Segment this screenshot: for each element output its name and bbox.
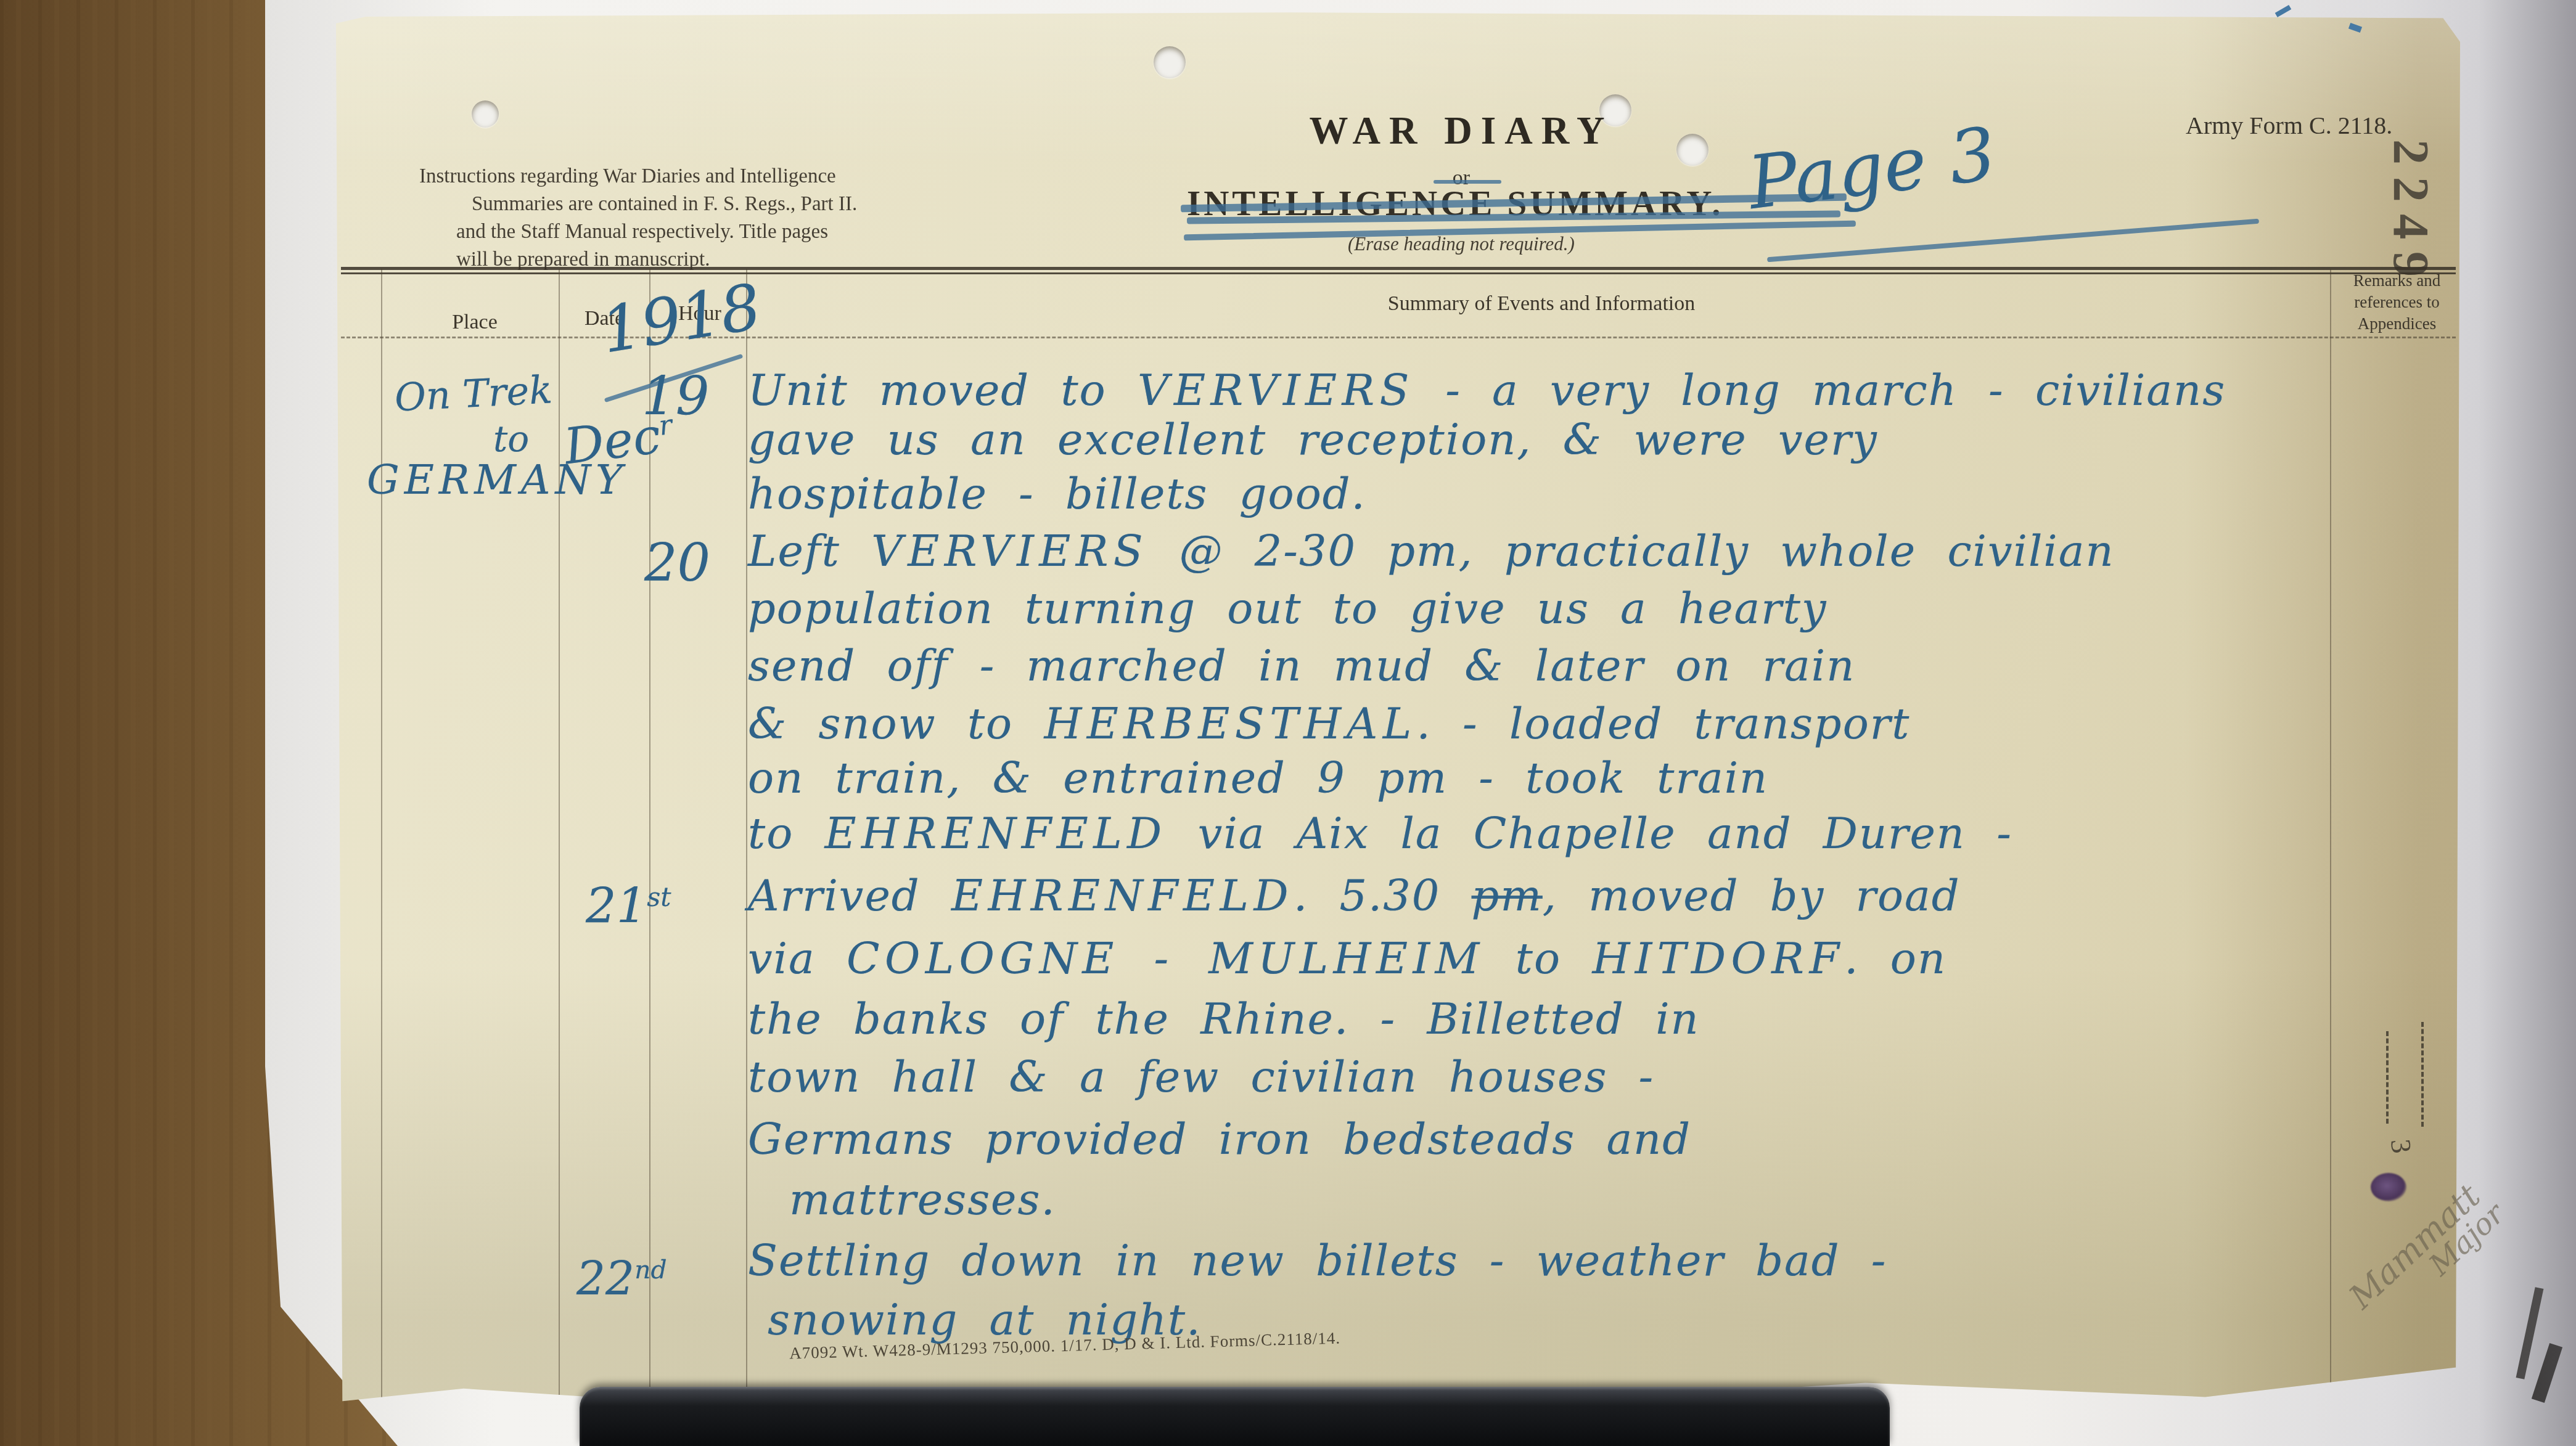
scanned-war-diary-photo: Instructions regarding War Diaries and I… xyxy=(0,0,2576,1446)
text: Arrived xyxy=(748,870,951,921)
column-divider xyxy=(559,269,560,1398)
place-name: HITDORF xyxy=(1592,933,1844,984)
text: . - loaded transport xyxy=(1417,698,1911,749)
text: via xyxy=(748,933,847,984)
diary-line: hospitable - billets good. xyxy=(748,468,1366,519)
instructions-line: Instructions regarding War Diaries and I… xyxy=(419,163,857,190)
instructions-line: Summaries are contained in F. S. Regs., … xyxy=(472,190,857,218)
place-entry-line: On Trek xyxy=(393,367,553,420)
diary-line: population turning out to give us a hear… xyxy=(748,583,1827,634)
day-number: 22 xyxy=(576,1252,634,1305)
place-name: HERBESTHAL xyxy=(1044,698,1416,749)
column-header-remarks: Remarks and references to Appendices xyxy=(2334,270,2460,335)
text: via Aix la Chapelle and Duren - xyxy=(1167,808,2012,859)
diary-line: mattresses. xyxy=(789,1174,1056,1225)
text: Left xyxy=(748,526,871,576)
place-name: VERVIERS xyxy=(1138,365,1414,415)
year-handwritten: 1918 xyxy=(596,270,766,367)
remarks-line: references to xyxy=(2334,292,2460,313)
column-divider xyxy=(746,269,747,1398)
day-suffix: nd xyxy=(634,1255,667,1285)
text: - a very long march - civilians xyxy=(1414,365,2226,415)
remarks-line: Remarks and xyxy=(2334,270,2460,292)
diary-line: Germans provided iron bedsteads and xyxy=(748,1114,1691,1164)
tablet-edge xyxy=(580,1387,1890,1446)
diary-line: town hall & a few civilian houses - xyxy=(748,1052,1654,1102)
instructions-line: and the Staff Manual respectively. Title… xyxy=(456,218,857,246)
punch-hole xyxy=(1676,134,1708,166)
place-name: EHRENFELD xyxy=(825,808,1167,859)
text: . 5.30 xyxy=(1294,870,1472,921)
place-name: VERVIERS xyxy=(871,526,1148,576)
war-diary-form-page: Instructions regarding War Diaries and I… xyxy=(336,11,2460,1415)
day-suffix: st xyxy=(647,882,671,913)
place-entry-line: to xyxy=(493,418,529,460)
form-title: WAR DIARY xyxy=(1261,108,1662,153)
diary-line: on train, & entrained 9 pm - took train xyxy=(748,753,1768,803)
diary-line: & snow to HERBESTHAL. - loaded transport xyxy=(748,698,1910,749)
diary-line: to EHRENFELD via Aix la Chapelle and Dur… xyxy=(748,808,2012,859)
column-header-place: Place xyxy=(398,311,552,334)
diary-line: via COLOGNE - MULHEIM to HITDORF. on xyxy=(748,933,1946,984)
instructions-note: Instructions regarding War Diaries and I… xyxy=(419,163,857,274)
place-entry-line: GERMANY xyxy=(367,456,628,504)
text: to xyxy=(748,808,825,859)
diary-line: the banks of the Rhine. - Billetted in xyxy=(748,994,1700,1044)
column-divider xyxy=(2330,269,2331,1398)
remarks-line: Appendices xyxy=(2334,313,2460,335)
date-entry-22: 22nd xyxy=(576,1252,667,1305)
diary-line: Arrived EHRENFELD. 5.30 pm, moved by roa… xyxy=(748,870,1961,921)
diary-line: Left VERVIERS @ 2-30 pm, practically who… xyxy=(748,526,2115,576)
diary-line: send off - marched in mud & later on rai… xyxy=(748,640,1855,691)
date-entry-21: 21st xyxy=(586,879,671,934)
margin-dash-mark xyxy=(2386,1031,2389,1124)
margin-stamp-digit: 3 xyxy=(2384,1138,2418,1155)
ink-blot xyxy=(2371,1173,2406,1201)
diary-line: gave us an excellent reception, & were v… xyxy=(748,414,1878,465)
day-number: 21 xyxy=(586,879,647,934)
erase-heading-note: (Erase heading not required.) xyxy=(1230,233,1692,255)
struck-text: pm xyxy=(1472,870,1543,921)
page-number-handwritten: Page 3 xyxy=(1744,111,2000,226)
place-name: EHRENFELD xyxy=(951,870,1294,921)
date-entry-20: 20 xyxy=(644,533,710,593)
table-top-rule xyxy=(341,267,2456,270)
text: @ 2-30 pm, practically whole civilian xyxy=(1148,526,2114,576)
punch-hole xyxy=(1154,46,1186,78)
text: & snow to xyxy=(748,698,1044,749)
text: , moved by road xyxy=(1543,870,1961,921)
column-divider xyxy=(381,269,382,1398)
army-form-number: Army Form C. 2118. xyxy=(2186,111,2392,140)
text: . on xyxy=(1844,933,1946,984)
diary-line: Unit moved to VERVIERS - a very long mar… xyxy=(748,365,2226,415)
place-name: COLOGNE - MULHEIM xyxy=(847,933,1485,984)
diary-line: Settling down in new billets - weather b… xyxy=(748,1235,1887,1286)
text: Unit moved to xyxy=(748,365,1138,415)
margin-dash-mark xyxy=(2421,1022,2424,1127)
table-top-rule xyxy=(341,272,2456,274)
punch-hole xyxy=(472,100,499,128)
column-header-summary: Summary of Events and Information xyxy=(755,292,2328,316)
text: to xyxy=(1485,933,1593,984)
